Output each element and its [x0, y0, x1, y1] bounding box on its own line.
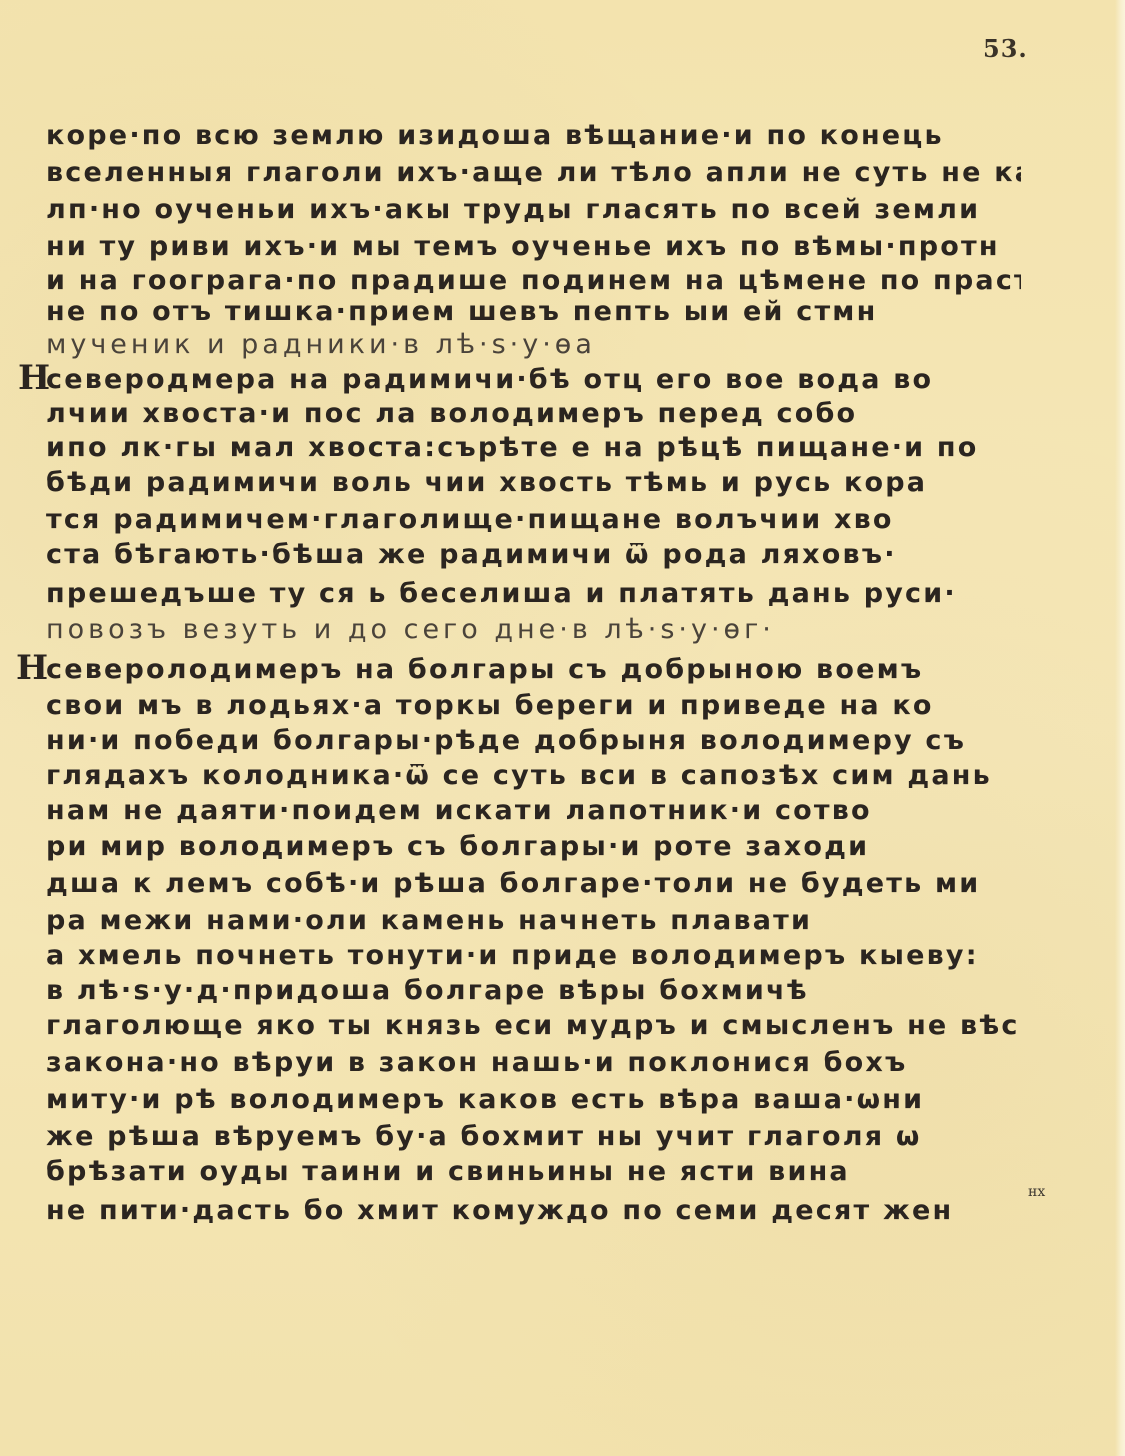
- manuscript-line: ри мир володимеръ съ болгары·и роте захо…: [46, 829, 1021, 865]
- manuscript-date-line: повозъ везуть и до сего дне·в лѣ·ѕ·у·ѳг·: [46, 612, 1021, 648]
- manuscript-line: же рѣша вѣруемъ бу·а бохмит ны учит глаг…: [46, 1119, 1021, 1155]
- initial-letter: Н: [16, 650, 48, 686]
- manuscript-line: ра межи нами·оли камень начнеть плавати: [46, 903, 1021, 939]
- manuscript-line: не пити·дасть бо хмит комуждо по семи де…: [46, 1193, 1021, 1229]
- manuscript-line: прешедъше ту ся ь беселиша и платять дан…: [46, 576, 1021, 612]
- manuscript-line: миту·и рѣ володимеръ каков есть вѣра ваш…: [46, 1082, 1021, 1118]
- manuscript-line: тся радимичем·глаголище·пищане волъчии х…: [46, 502, 1021, 538]
- manuscript-line: бѣди радимичи воль чии хвость тѣмь и рус…: [46, 465, 1021, 501]
- manuscript-line: брѣзати оуды таини и свиньины не ясти ви…: [46, 1154, 1021, 1190]
- manuscript-line: глаголюще яко ты князь еси мудръ и смысл…: [46, 1008, 1021, 1044]
- manuscript-line: ни·и победи болгары·рѣде добрыня володим…: [46, 723, 1021, 759]
- page-edge: [1115, 0, 1125, 1456]
- manuscript-line: коре·по всю землю изидоша вѣщание·и по к…: [46, 118, 1021, 154]
- page-number: 53.: [983, 34, 1028, 63]
- manuscript-line: лчии хвоста·и пос ла володимеръ перед со…: [46, 396, 1021, 432]
- manuscript-line: дша к лемъ собѣ·и рѣша болгаре·толи не б…: [46, 866, 1021, 902]
- manuscript-date-line: мученик и радники·в лѣ·ѕ·у·ѳа: [46, 327, 1021, 363]
- marginal-note: нх: [1028, 1184, 1045, 1200]
- manuscript-line: а хмель почнеть тонути·и приде володимер…: [46, 938, 1021, 974]
- manuscript-line: ни ту риви ихъ·и мы темъ оученье ихъ по …: [46, 229, 1021, 265]
- manuscript-line: не по отъ тишка·прием шевъ пепть ыи ей с…: [46, 294, 1021, 330]
- manuscript-line: ста бѣгають·бѣша же радимичи ѿ рода ляхо…: [46, 537, 1021, 573]
- manuscript-line: северолодимеръ на болгары съ добрыною во…: [46, 652, 1021, 688]
- manuscript-line: ипо лк·гы мал хвоста:сърѣте е на рѣцѣ пи…: [46, 430, 1021, 466]
- manuscript-line: в лѣ·ѕ·у·д·Придоша болгаре вѣры бохмичѣ: [46, 973, 1021, 1009]
- manuscript-line: глядахъ колодника·ѿ се суть вси в сапозѣ…: [46, 758, 1021, 794]
- manuscript-line: свои мъ в лодьях·а торкы береги и привед…: [46, 688, 1021, 724]
- manuscript-line: северодмера на радимичи·бѣ отц его вое в…: [46, 362, 1021, 398]
- manuscript-line: нам не даяти·поидем искати лапотник·и со…: [46, 793, 1021, 829]
- manuscript-line: лп·но оученьи ихъ·акы труды гласять по в…: [46, 192, 1021, 228]
- manuscript-line: вселенныя глаголи ихъ·аще ли тѣло апли н…: [46, 155, 1021, 191]
- manuscript-line: закона·но вѣруи в закон нашь·и поклонися…: [46, 1045, 1021, 1081]
